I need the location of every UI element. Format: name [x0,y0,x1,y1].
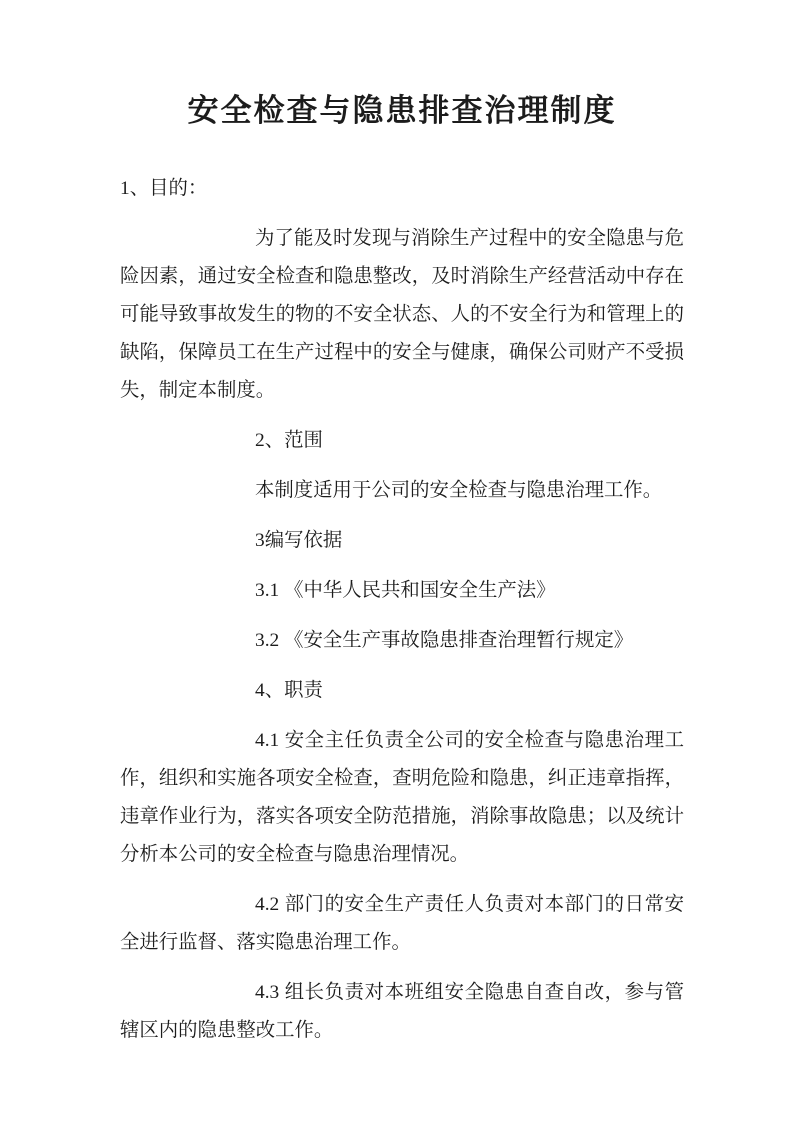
section-purpose-body: 为了能及时发现与消除生产过程中的安全隐患与危险因素，通过安全检查和隐患整改，及时… [120,220,684,410]
basis-item-1: 3.1 《中华人民共和国安全生产法》 [120,572,684,610]
section-scope-heading: 2、范围 [120,422,684,460]
duty-item-2: 4.2 部门的安全生产责任人负责对本部门的日常安全进行监督、落实隐患治理工作。 [120,886,684,962]
document-title: 安全检查与隐患排查治理制度 [120,93,684,129]
duty-item-3: 4.3 组长负责对本班组安全隐患自查自改，参与管辖区内的隐患整改工作。 [120,974,684,1050]
section-basis-heading: 3编写依据 [120,522,684,560]
section-purpose-heading: 1、目的： [120,170,684,208]
section-scope-body: 本制度适用于公司的安全检查与隐患治理工作。 [120,472,684,510]
duty-item-1: 4.1 安全主任负责全公司的安全检查与隐患治理工作，组织和实施各项安全检查，查明… [120,722,684,874]
document-page: 安全检查与隐患排查治理制度 1、目的： 为了能及时发现与消除生产过程中的安全隐患… [0,0,793,1122]
basis-item-2: 3.2 《安全生产事故隐患排查治理暂行规定》 [120,622,684,660]
section-duties-heading: 4、职责 [120,672,684,710]
document-content: 安全检查与隐患排查治理制度 1、目的： 为了能及时发现与消除生产过程中的安全隐患… [120,93,684,1062]
